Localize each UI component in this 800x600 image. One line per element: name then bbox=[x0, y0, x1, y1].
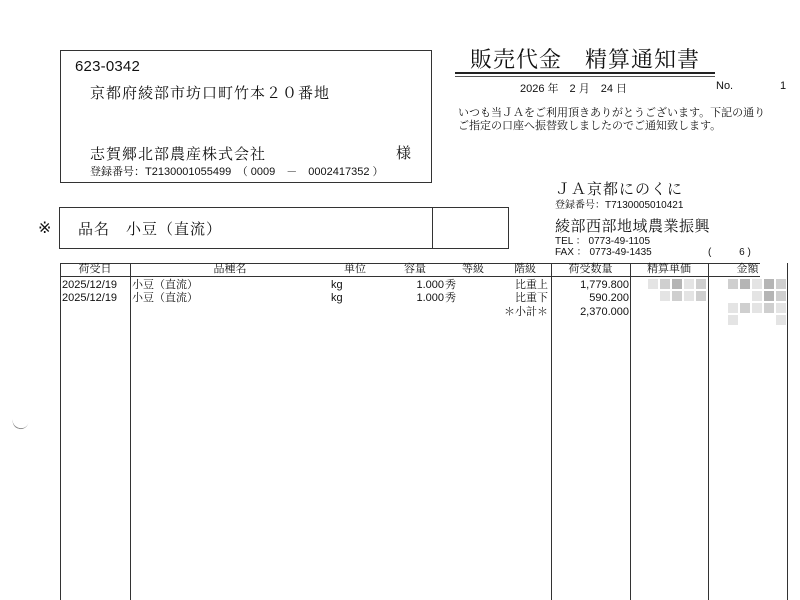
document-number-label: No. bbox=[716, 80, 733, 92]
header-unit: 単位 bbox=[330, 262, 380, 276]
cell-class: 比重下 bbox=[490, 292, 548, 304]
cell-variety: 小豆（直流） bbox=[132, 279, 198, 291]
cell-grade: 秀 bbox=[445, 279, 456, 291]
page-reference: ( 6 ) bbox=[708, 247, 751, 258]
recipient-address: 京都府綾部市坊口町竹本２０番地 bbox=[90, 82, 330, 103]
document-number: 1 bbox=[780, 80, 786, 92]
title-underline bbox=[455, 72, 715, 74]
greeting-text: いつも当ＪＡをご利用頂きありがとうございます。下記の通りご指定の口座へ振替致しま… bbox=[458, 106, 768, 132]
column-divider bbox=[130, 263, 131, 600]
header-quantity: 荷受数量 bbox=[551, 262, 630, 276]
cell-quantity: 590.200 bbox=[553, 292, 629, 304]
issuer-tel: TEL ： 0773-49-1105 bbox=[555, 236, 650, 247]
table-header-rule bbox=[60, 276, 760, 277]
issuer-registration: 登録番号：T7130005010421 bbox=[555, 196, 683, 211]
issue-date: 2026 年 2 月 24 日 bbox=[520, 80, 627, 96]
column-divider bbox=[551, 263, 552, 600]
subtotal-label: ＊小計＊ bbox=[460, 306, 548, 318]
cell-date: 2025/12/19 bbox=[62, 292, 117, 304]
honorific: 様 bbox=[396, 142, 411, 163]
cell-date: 2025/12/19 bbox=[62, 279, 117, 291]
recipient-registration: 登録番号：T2130001055499 （ 0009 － 0002417352 … bbox=[90, 163, 384, 179]
column-divider bbox=[708, 263, 709, 600]
cell-variety: 小豆（直流） bbox=[132, 292, 198, 304]
cell-unit: kg bbox=[331, 292, 343, 304]
issuer-branch: 綾部西部地域農業振興 bbox=[555, 215, 710, 236]
cell-unit: kg bbox=[331, 279, 343, 291]
product-box-divider bbox=[432, 207, 433, 249]
header-variety: 品種名 bbox=[130, 262, 330, 276]
table-border-right bbox=[787, 263, 788, 600]
cell-capacity: 1.000 bbox=[380, 279, 444, 291]
cell-grade: 秀 bbox=[445, 292, 456, 304]
table-border-left bbox=[60, 263, 61, 600]
column-divider bbox=[630, 263, 631, 600]
subtotal-quantity: 2,370.000 bbox=[553, 306, 629, 318]
reference-mark: ※ bbox=[38, 218, 51, 237]
cell-capacity: 1.000 bbox=[380, 292, 444, 304]
header-amount: 金額 bbox=[708, 262, 787, 276]
header-capacity: 容量 bbox=[390, 262, 440, 276]
postal-code: 623-0342 bbox=[75, 58, 140, 75]
product-name: 品名 小豆（直流） bbox=[78, 218, 222, 239]
header-grade: 等級 bbox=[448, 262, 498, 276]
cell-class: 比重上 bbox=[490, 279, 548, 291]
issuer-fax: FAX ： 0773-49-1435 bbox=[555, 247, 652, 258]
cell-quantity: 1,779.800 bbox=[553, 279, 629, 291]
document-title: 販売代金 精算通知書 bbox=[470, 43, 700, 74]
title-underline-secondary bbox=[455, 76, 715, 77]
header-unit-price: 精算単価 bbox=[630, 262, 708, 276]
header-receipt-date: 荷受日 bbox=[60, 262, 130, 276]
recipient-company: 志賀郷北部農産株式会社 bbox=[90, 143, 266, 164]
header-class: 階級 bbox=[500, 262, 550, 276]
stray-mark bbox=[11, 416, 29, 431]
